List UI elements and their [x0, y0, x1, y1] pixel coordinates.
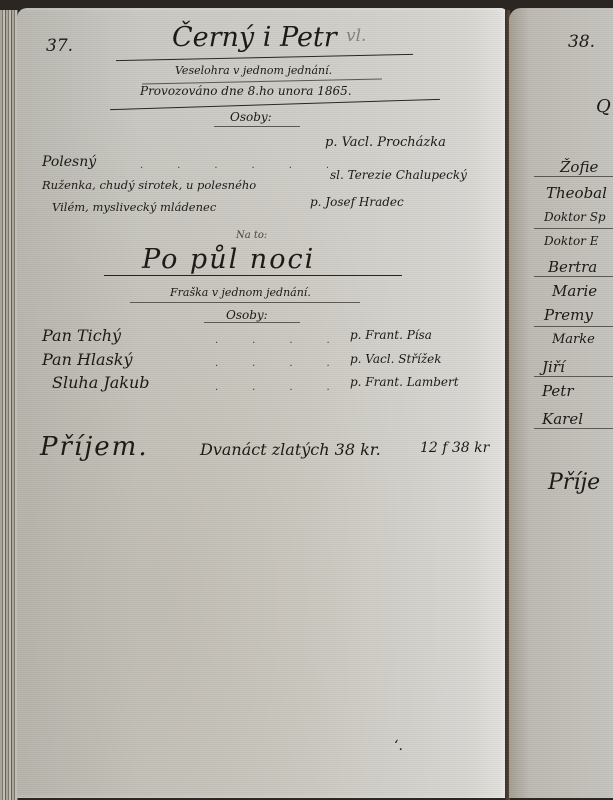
right-rule	[534, 176, 613, 177]
right-rule	[534, 428, 613, 429]
na-to-annotation: Na to:	[236, 230, 267, 241]
second-cast-heading: Osoby:	[226, 308, 268, 322]
cast-actor: sl. Terezie Chalupecký	[330, 168, 467, 182]
right-rule	[534, 376, 613, 377]
second-title-underline	[104, 275, 402, 276]
play-subtitle: Veselohra v jednom jednání.	[175, 64, 332, 77]
right-name: Bertra	[548, 258, 597, 276]
cast-role: Ruženka, chudý sirotek, u polesného	[42, 178, 256, 192]
second-play-title: Po půl noci	[142, 244, 315, 275]
leader-dots: ....	[215, 335, 364, 346]
income-label: Příjem.	[40, 432, 149, 462]
cast-actor: p. Frant. Písa	[350, 328, 432, 342]
cast-heading: Osoby:	[230, 110, 272, 124]
cast-actor: p. Josef Hradec	[310, 195, 404, 209]
right-page	[509, 8, 613, 798]
cast-role: Sluha Jakub	[52, 373, 150, 392]
book-edge-pages	[0, 10, 18, 800]
leader-dots: ....	[215, 358, 364, 369]
cast-role: Polesný	[42, 154, 96, 170]
ink-mark: ‘.	[394, 738, 403, 754]
right-name: Karel	[542, 410, 583, 428]
income-text: Dvanáct zlatých 38 kr.	[200, 440, 381, 459]
right-name: Theobal	[546, 184, 607, 202]
right-name: Marke	[552, 332, 595, 347]
cast-actor: p. Vacl. Střížek	[350, 352, 442, 366]
right-name: Doktor Sp	[544, 210, 606, 224]
page-number-left: 37.	[46, 36, 73, 56]
cast-role: Pan Hlaský	[42, 350, 133, 369]
cast-heading-underline	[214, 126, 300, 127]
right-name: Petr	[542, 382, 574, 400]
right-decoration: Q	[596, 96, 611, 117]
leader-dots: ....	[215, 382, 364, 393]
cast-role: Vilém, myslivecký mládenec	[52, 200, 216, 214]
cast-actor: p. Frant. Lambert	[350, 375, 459, 389]
second-subtitle-underline	[130, 302, 360, 303]
right-rule	[534, 228, 613, 229]
right-rule	[534, 276, 613, 277]
play-title: Černý i Petr	[172, 22, 337, 53]
second-cast-underline	[204, 322, 300, 323]
title-annotation: vl.	[346, 26, 366, 46]
right-name: Jiří	[542, 358, 565, 376]
page-number-right: 38.	[568, 32, 595, 52]
second-play-subtitle: Fraška v jednom jednání.	[170, 286, 311, 299]
right-name: Premy	[544, 306, 593, 324]
right-name: Doktor E	[544, 234, 598, 248]
cast-actor: p. Vacl. Procházka	[325, 135, 446, 150]
income-amount: 12 f 38 kr	[420, 440, 489, 456]
performed-date: Provozováno dne 8.ho unora 1865.	[140, 84, 352, 98]
right-income-label: Příje	[548, 470, 600, 495]
right-name: Marie	[552, 282, 597, 300]
right-rule	[534, 326, 613, 327]
right-name: Žofie	[560, 158, 598, 176]
cast-role: Pan Tichý	[42, 326, 121, 345]
